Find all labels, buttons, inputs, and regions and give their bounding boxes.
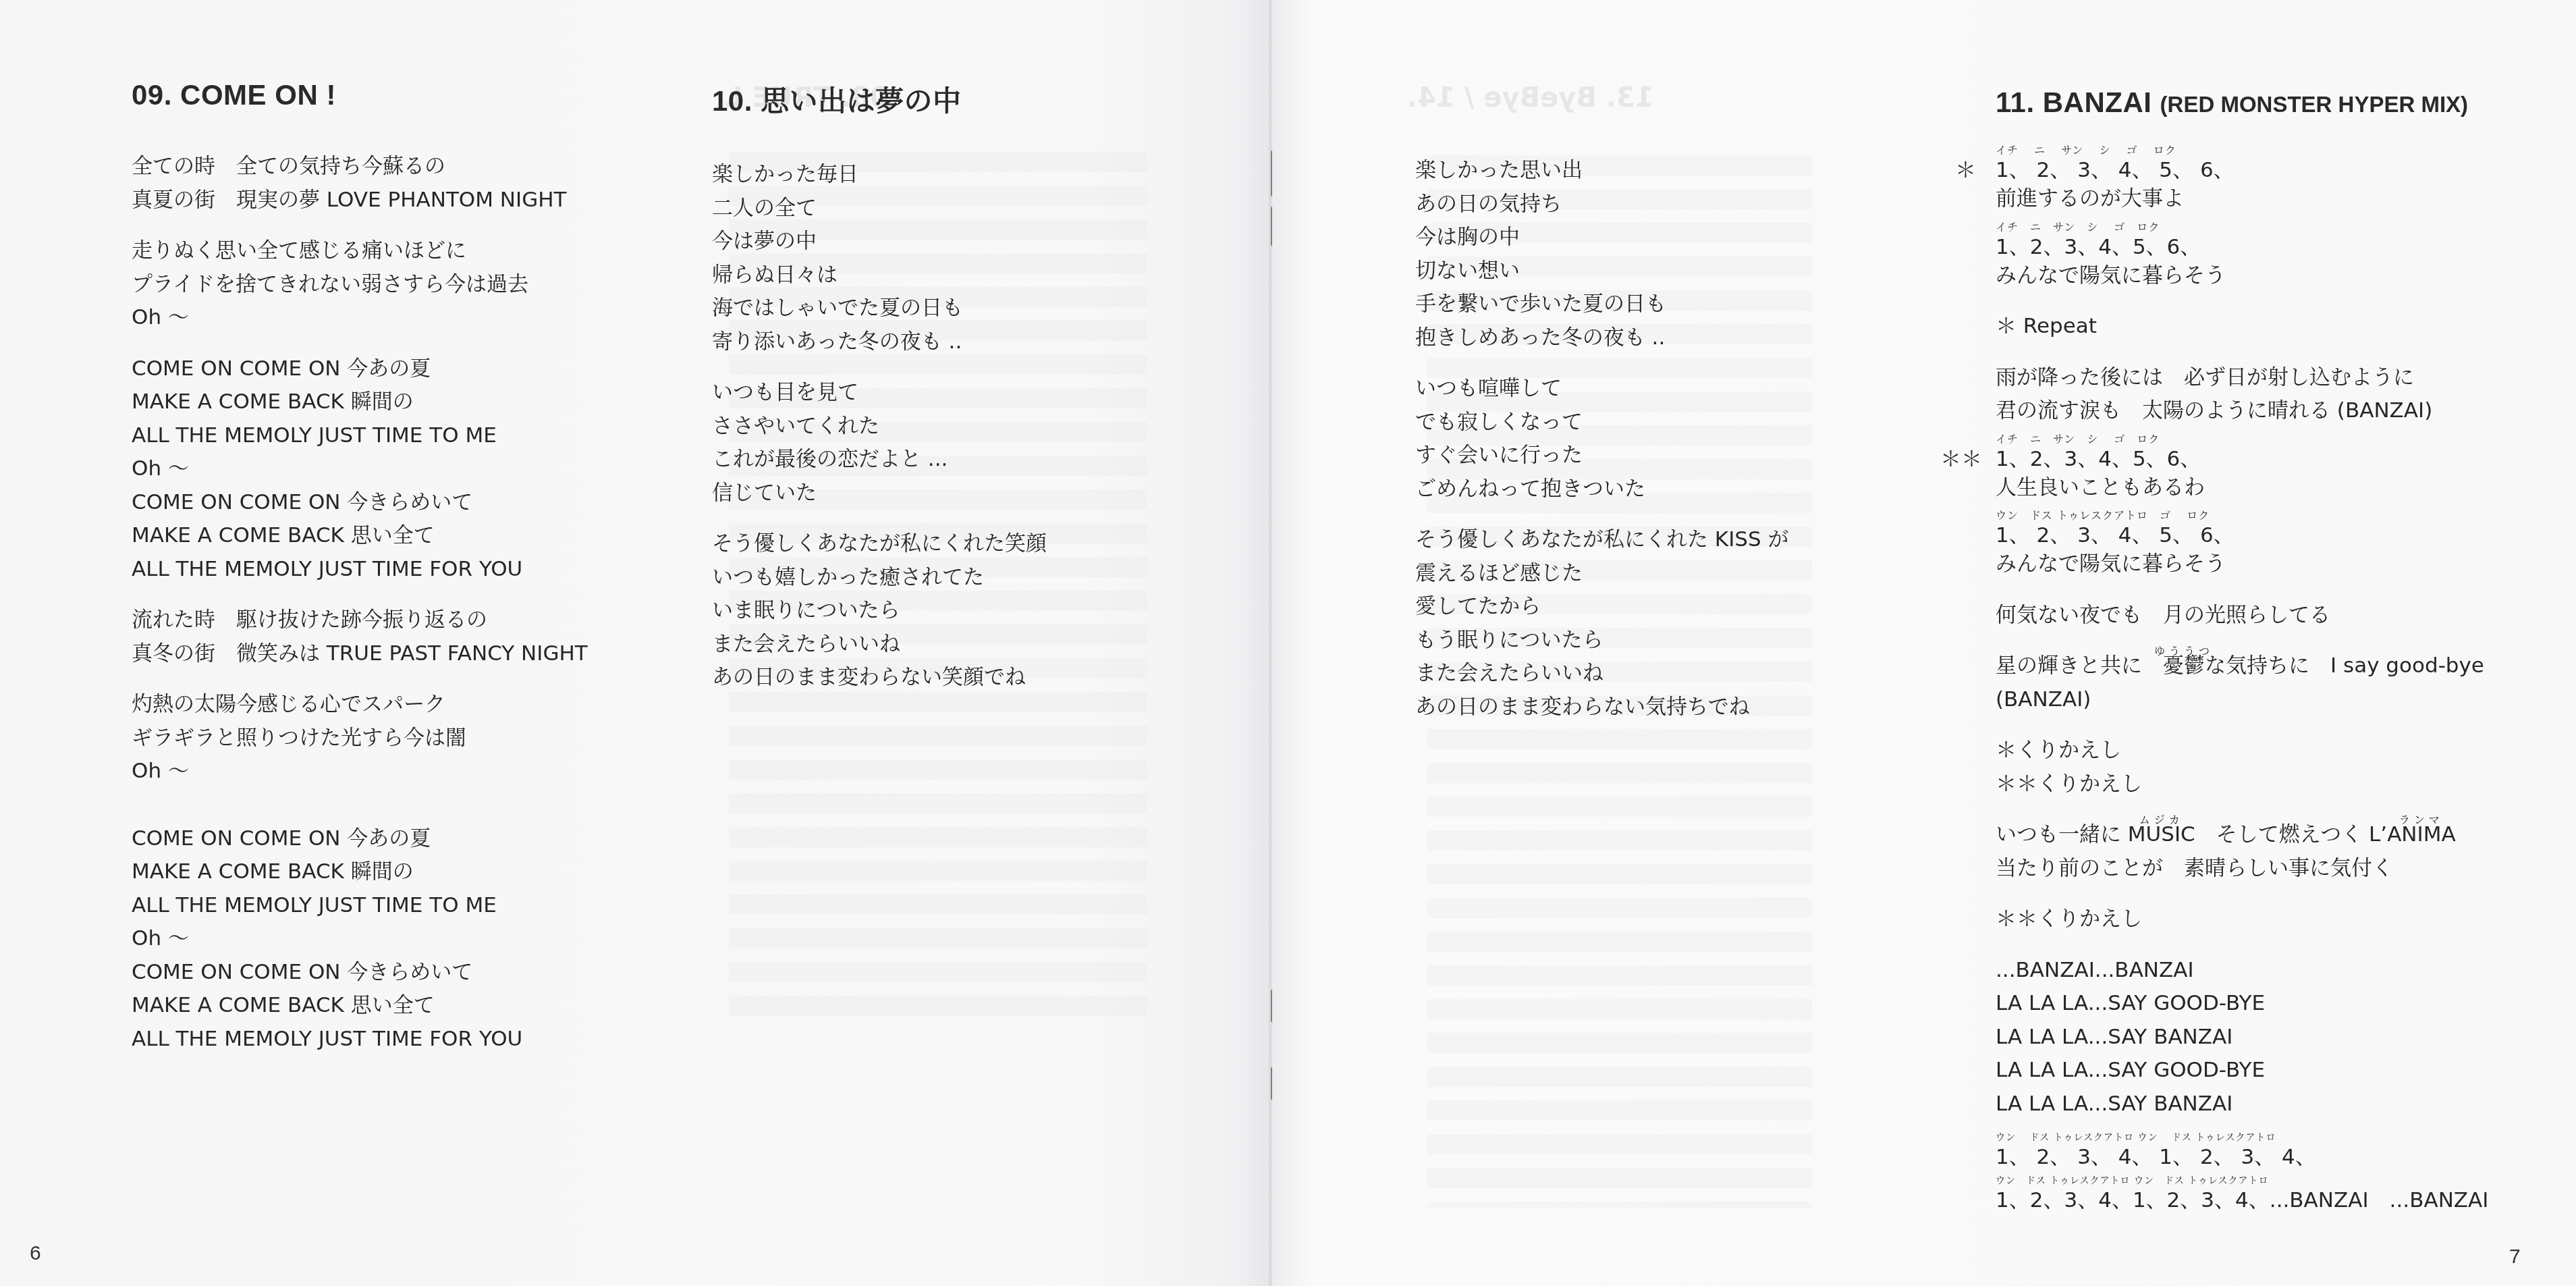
count-line: ＊ イチ ニ サン シ ゴ ロク 1、 2、 3、 4、 5、 6、 (1996, 139, 2488, 182)
lyric-line: ALL THE MEMOLY JUST TIME FOR YOU (132, 1023, 588, 1056)
lyric-line: LA LA LA...SAY BANZAI (1996, 1021, 2488, 1054)
lyric-line: いま眠りについたら (712, 594, 1047, 628)
song-09: 09. COME ON ! 全ての時 全ての気持ち今蘇るの 真夏の街 現実の夢 … (132, 79, 588, 1056)
lyric-line: 当たり前のことが 素晴らしい事に気付く (1996, 852, 2488, 886)
lyric-line: 全ての時 全ての気持ち今蘇るの (132, 150, 588, 184)
ruby-reading: イチ ニ サン シ ゴ ロク (1996, 433, 2160, 446)
left-page: 08. TRUE L 09. COME ON ! 全ての時 全ての気持ち今蘇るの… (0, 0, 1272, 1286)
lyric-line: 今は夢の中 (712, 225, 1047, 259)
lyric-line: MAKE A COME BACK 思い全て (132, 519, 588, 553)
right-page: 13. ByeBye / 14. 楽しかった思い出 あの日の気持ち 今は胸の中 … (1272, 0, 2576, 1286)
lyric-line: また会えたらいいね (1415, 657, 1789, 691)
lyric-line: 前進するのが大事よ (1996, 182, 2488, 216)
song-10-continued: 楽しかった思い出 あの日の気持ち 今は胸の中 切ない想い 手を繋いで歩いた夏の日… (1415, 154, 1789, 724)
lyric-line: 雨が降った後には 必ず日が射し込むように (1996, 361, 2488, 395)
song-10-continued-lyrics: 楽しかった思い出 あの日の気持ち 今は胸の中 切ない想い 手を繋いで歩いた夏の日… (1415, 154, 1789, 724)
lyric-line: もう眠りについたら (1415, 624, 1789, 658)
lyric-line: LA LA LA...SAY GOOD-BYE (1996, 987, 2488, 1021)
count-line: イチ ニ サン シ ゴ ロク 1、2、3、4、5、6、 (1996, 216, 2488, 259)
lyric-line: みんなで陽気に暮らそう (1996, 547, 2488, 581)
lyric-line: 寄り添いあった冬の夜も .. (712, 325, 1047, 359)
song-11-lyrics: ＊ イチ ニ サン シ ゴ ロク 1、 2、 3、 4、 5、 6、 前進するの… (1996, 139, 2488, 1212)
lyric-line: 走りぬく思い全て感じる痛いほどに (132, 234, 588, 268)
lyric-line: MAKE A COME BACK 瞬間の (132, 385, 588, 419)
booklet-spread: 08. TRUE L 09. COME ON ! 全ての時 全ての気持ち今蘇るの… (0, 0, 2576, 1286)
count-text: 1、 2、 3、 4、 5、 6、 (1996, 523, 2235, 547)
lyric-line: ごめんねって抱きついた (1415, 473, 1789, 506)
ruby-reading: ウン ドス トゥレスクアトロ ゴ ロク (1996, 510, 2210, 522)
lyric-line: Oh ～ (132, 922, 588, 956)
song-title-main: 11. BANZAI (1996, 86, 2152, 118)
lyric-line: COME ON COME ON 今きらめいて (132, 486, 588, 520)
count-line: ＊＊ イチ ニ サン シ ゴ ロク 1、2、3、4、5、6、 (1996, 428, 2488, 471)
lyric-line: そう優しくあなたが私にくれた KISS が (1415, 523, 1789, 557)
lyric-line: いつも嬉しかった癒されてた (712, 561, 1047, 595)
lyric-line: でも寂しくなって (1415, 406, 1789, 439)
lyric-line: 抱きしめあった冬の夜も .. (1415, 321, 1789, 355)
repeat-note: ＊くりかえし (1996, 734, 2488, 768)
lyric-line: 切ない想い (1415, 254, 1789, 288)
song-09-lyrics: 全ての時 全ての気持ち今蘇るの 真夏の街 現実の夢 LOVE PHANTOM N… (132, 150, 588, 1056)
repeat-note: ＊ Repeat (1996, 310, 2488, 344)
lyric-line: 灼熱の太陽今感じる心でスパーク (132, 688, 588, 722)
repeat-note: ＊＊くりかえし (1996, 768, 2488, 801)
ruby-word: ムジカMUSIC (2128, 818, 2195, 852)
lyric-line: COME ON COME ON 今あの夏 (132, 822, 588, 856)
lyric-line: あの日のまま変わらない気持ちでね (1415, 691, 1789, 724)
chorus-marker: ＊ (1955, 158, 1976, 182)
lyric-line: 星の輝きと共に ゆううつ憂鬱な気持ちに I say good-bye (1996, 649, 2488, 683)
lyric-line: ALL THE MEMOLY JUST TIME FOR YOU (132, 553, 588, 587)
ruby-word: ランマANIMA (2387, 818, 2456, 852)
lyric-line: 手を繋いで歩いた夏の日も (1415, 288, 1789, 321)
lyric-line: 真夏の街 現実の夢 LOVE PHANTOM NIGHT (132, 184, 588, 217)
lyric-line: LA LA LA...SAY GOOD-BYE (1996, 1054, 2488, 1088)
song-title: 11. BANZAI (RED MONSTER HYPER MIX) (1996, 86, 2488, 119)
lyric-line: 震えるほど感じた (1415, 557, 1789, 591)
lyric-line: ギラギラと照りつけた光すら今は闇 (132, 722, 588, 755)
page-number-right: 7 (2509, 1245, 2521, 1268)
lyric-line: 信じていた (712, 477, 1047, 510)
lyric-line: LA LA LA...SAY BANZAI (1996, 1088, 2488, 1121)
lyric-line: ささやいてくれた (712, 410, 1047, 444)
lyric-line: プライドを捨てきれない弱さすら今は過去 (132, 268, 588, 302)
count-text: 1、2、3、4、5、6、 (1996, 235, 2201, 259)
lyric-line: Oh ～ (132, 301, 588, 335)
lyric-line: 今は胸の中 (1415, 221, 1789, 254)
song-title: 09. COME ON ! (132, 79, 588, 111)
song-title: 10. 思い出は夢の中 (712, 79, 1047, 119)
count-text: 1、 2、 3、 4、 1、 2、 3、 4、 (1996, 1145, 2316, 1169)
lyric-line: いつも喧嘩して (1415, 372, 1789, 406)
lyric-line: いつも一緒に ムジカMUSIC そして燃えつく L’ランマANIMA (1996, 818, 2488, 852)
lyric-line: 帰らぬ日々は (712, 259, 1047, 292)
lyric-line: 人生良いこともあるわ (1996, 471, 2488, 505)
ruby-reading: イチ ニ サン シ ゴ ロク (1996, 144, 2176, 157)
lyric-line: MAKE A COME BACK 思い全て (132, 989, 588, 1023)
lyric-line: 海ではしゃいでた夏の日も (712, 292, 1047, 325)
lyric-line: COME ON COME ON 今きらめいて (132, 956, 588, 990)
chorus-marker: ＊＊ (1940, 447, 1982, 471)
lyric-line: そう優しくあなたが私にくれた笑顔 (712, 527, 1047, 561)
ruby-reading: イチ ニ サン シ ゴ ロク (1996, 221, 2160, 234)
lyric-line: みんなで陽気に暮らそう (1996, 259, 2488, 293)
song-title-subtitle: (RED MONSTER HYPER MIX) (2160, 92, 2469, 117)
count-line: ウン ドス トゥレスクアトロ ウン ドス トゥレスクアトロ 1、2、3、4、1、… (1996, 1169, 2488, 1212)
lyric-line: Oh ～ (132, 452, 588, 486)
bleed-through-title: 13. ByeBye / 14. (1407, 81, 1654, 115)
lyric-line: あの日のまま変わらない笑顔でね (712, 661, 1047, 695)
lyric-line: ALL THE MEMOLY JUST TIME TO ME (132, 889, 588, 923)
lyric-line: ALL THE MEMOLY JUST TIME TO ME (132, 419, 588, 453)
ruby-word: ゆううつ憂鬱 (2163, 649, 2205, 683)
count-line: ウン ドス トゥレスクアトロ ゴ ロク 1、 2、 3、 4、 5、 6、 (1996, 504, 2488, 547)
page-number-left: 6 (30, 1242, 41, 1265)
lyric-line: 楽しかった思い出 (1415, 154, 1789, 188)
ruby-reading: ウン ドス トゥレスクアトロ ウン ドス トゥレスクアトロ (1996, 1175, 2269, 1187)
lyric-line: いつも目を見て (712, 376, 1047, 410)
lyric-line: すぐ会いに行った (1415, 439, 1789, 473)
song-10: 10. 思い出は夢の中 楽しかった毎日 二人の全て 今は夢の中 帰らぬ日々は 海… (712, 79, 1047, 695)
lyric-line: あの日の気持ち (1415, 188, 1789, 221)
ruby-reading: ウン ドス トゥレスクアトロ ウン ドス トゥレスクアトロ (1996, 1131, 2276, 1144)
lyric-line: 真冬の街 微笑みは TRUE PAST FANCY NIGHT (132, 637, 588, 671)
lyric-line: 愛してたから (1415, 590, 1789, 624)
lyric-line: これが最後の恋だよと ... (712, 443, 1047, 477)
lyric-line: (BANZAI) (1996, 683, 2488, 717)
lyric-line: また会えたらいいね (712, 628, 1047, 662)
repeat-note: ＊＊くりかえし (1996, 903, 2488, 936)
lyric-line: COME ON COME ON 今あの夏 (132, 352, 588, 386)
lyric-line: ...BANZAI...BANZAI (1996, 954, 2488, 988)
song-11: 11. BANZAI (RED MONSTER HYPER MIX) ＊ イチ … (1996, 86, 2488, 1212)
lyric-line: 何気ない夜でも 月の光照らしてる (1996, 599, 2488, 633)
lyric-line: MAKE A COME BACK 瞬間の (132, 855, 588, 889)
count-text: 1、 2、 3、 4、 5、 6、 (1996, 158, 2235, 182)
count-line: ウン ドス トゥレスクアトロ ウン ドス トゥレスクアトロ 1、 2、 3、 4… (1996, 1126, 2488, 1169)
lyric-line: 二人の全て (712, 192, 1047, 225)
lyric-line: Oh ～ (132, 755, 588, 788)
count-text: 1、2、3、4、5、6、 (1996, 447, 2201, 471)
count-text: 1、2、3、4、1、2、3、4、...BANZAI ...BANZAI (1996, 1188, 2488, 1212)
lyric-line: 楽しかった毎日 (712, 158, 1047, 192)
lyric-line: 流れた時 駆け抜けた跡今振り返るの (132, 604, 588, 637)
song-10-lyrics: 楽しかった毎日 二人の全て 今は夢の中 帰らぬ日々は 海ではしゃいでた夏の日も … (712, 158, 1047, 695)
lyric-line: 君の流す涙も 太陽のように晴れる (BANZAI) (1996, 394, 2488, 428)
